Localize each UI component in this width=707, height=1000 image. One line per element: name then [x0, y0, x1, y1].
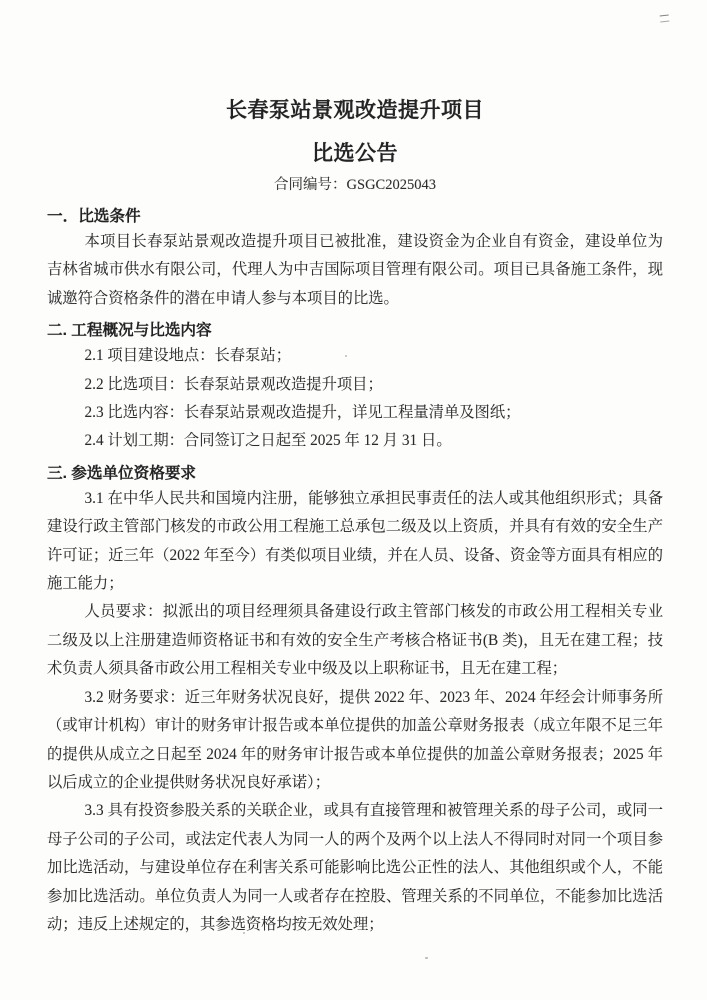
section-heading: 三. 参选单位资格要求 [47, 462, 663, 485]
contract-number: 合同编号：GSGC2025043 [47, 176, 663, 195]
scan-speck [425, 957, 428, 959]
document-title: 长春泵站景观改造提升项目 [47, 97, 663, 124]
list-item: 2.4 计划工期：合同签订之日起至 2025 年 12 月 31 日。 [47, 427, 663, 455]
scan-artifact [660, 15, 670, 23]
list-item: 2.3 比选内容：长春泵站景观改造提升，详见工程量清单及图纸； [47, 399, 663, 427]
section-heading: 二. 工程概况与比选内容 [47, 319, 663, 342]
section-bid-conditions: 一．比选条件 本项目长春泵站景观改造提升项目已被批准，建设资金为企业自有资金，建… [47, 205, 663, 313]
section-qualification-requirements: 三. 参选单位资格要求 3.1 在中华人民共和国境内注册，能够独立承担民事责任的… [47, 462, 663, 940]
list-item: 2.1 项目建设地点：长春泵站； [47, 342, 663, 370]
document-content: 长春泵站景观改造提升项目 比选公告 合同编号：GSGC2025043 一．比选条… [47, 97, 663, 939]
paragraph: 人员要求：拟派出的项目经理须具备建设行政主管部门核发的市政公用工程相关专业二级及… [47, 598, 663, 683]
paragraph: 3.3 具有投资参股关系的关联企业，或具有直接管理和被管理关系的母子公司，或同一… [47, 797, 663, 939]
section-heading: 一．比选条件 [47, 205, 663, 228]
list-item: 2.2 比选项目：长春泵站景观改造提升项目； [47, 371, 663, 399]
paragraph: 3.1 在中华人民共和国境内注册，能够独立承担民事责任的法人或其他组织形式；具备… [47, 485, 663, 599]
document-subtitle: 比选公告 [47, 140, 663, 167]
document-page: 长春泵站景观改造提升项目 比选公告 合同编号：GSGC2025043 一．比选条… [0, 0, 707, 1000]
paragraph: 3.2 财务要求：近三年财务状况良好，提供 2022 年、2023 年、2024… [47, 684, 663, 798]
paragraph: 本项目长春泵站景观改造提升项目已被批准，建设资金为企业自有资金，建设单位为吉林省… [47, 228, 663, 313]
section-project-overview: 二. 工程概况与比选内容 2.1 项目建设地点：长春泵站； 2.2 比选项目：长… [47, 319, 663, 456]
